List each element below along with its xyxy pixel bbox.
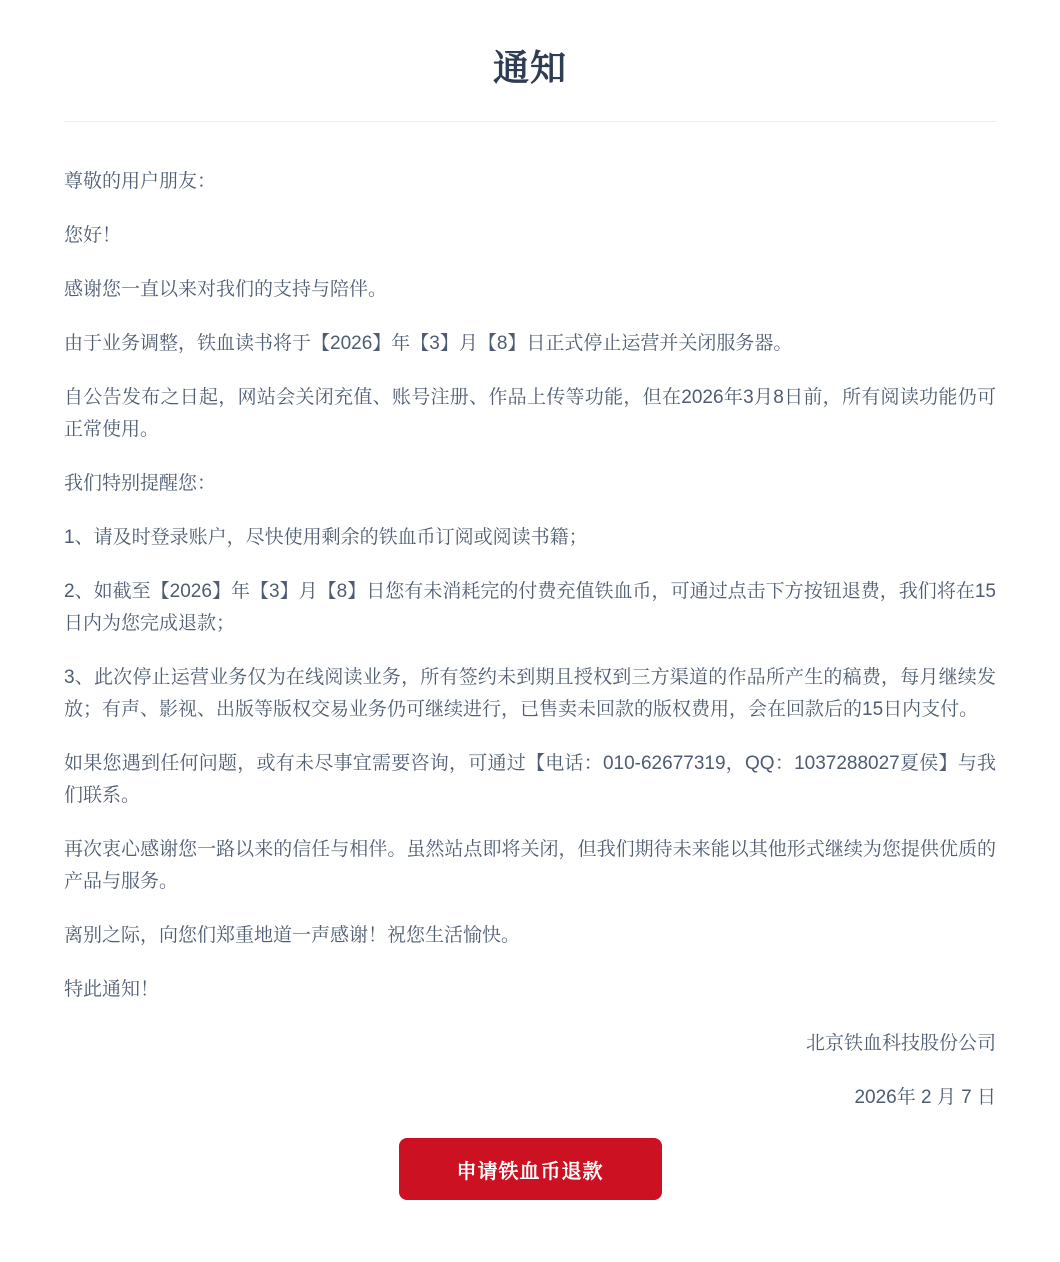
notice-page: 通知 尊敬的用户朋友：您好！感谢您一直以来对我们的支持与陪伴。由于业务调整，铁血…: [64, 0, 996, 1200]
notice-paragraph: 离别之际，向您们郑重地道一声感谢！祝您生活愉快。: [64, 920, 996, 952]
page-title: 通知: [64, 50, 996, 86]
notice-paragraph: 尊敬的用户朋友：: [64, 166, 996, 198]
notice-paragraph: 如果您遇到任何问题，或有未尽事宜需要咨询，可通过【电话：010-62677319…: [64, 748, 996, 812]
notice-paragraph: 特此通知！: [64, 974, 996, 1006]
signature-date: 2026年 2 月 7 日: [64, 1082, 996, 1114]
notice-body: 尊敬的用户朋友：您好！感谢您一直以来对我们的支持与陪伴。由于业务调整，铁血读书将…: [64, 166, 996, 1006]
notice-paragraph: 您好！: [64, 220, 996, 252]
notice-paragraph: 我们特别提醒您：: [64, 468, 996, 500]
notice-paragraph: 3、此次停止运营业务仅为在线阅读业务，所有签约未到期且授权到三方渠道的作品所产生…: [64, 662, 996, 726]
notice-paragraph: 由于业务调整，铁血读书将于【2026】年【3】月【8】日正式停止运营并关闭服务器…: [64, 328, 996, 360]
signature-company: 北京铁血科技股份公司: [64, 1028, 996, 1060]
notice-paragraph: 1、请及时登录账户，尽快使用剩余的铁血币订阅或阅读书籍；: [64, 522, 996, 554]
refund-button[interactable]: 申请铁血币退款: [399, 1138, 662, 1200]
notice-paragraph: 再次衷心感谢您一路以来的信任与相伴。虽然站点即将关闭，但我们期待未来能以其他形式…: [64, 834, 996, 898]
notice-paragraph: 感谢您一直以来对我们的支持与陪伴。: [64, 274, 996, 306]
notice-paragraph: 2、如截至【2026】年【3】月【8】日您有未消耗完的付费充值铁血币，可通过点击…: [64, 576, 996, 640]
notice-paragraph: 自公告发布之日起，网站会关闭充值、账号注册、作品上传等功能，但在2026年3月8…: [64, 382, 996, 446]
title-divider: [64, 121, 996, 122]
